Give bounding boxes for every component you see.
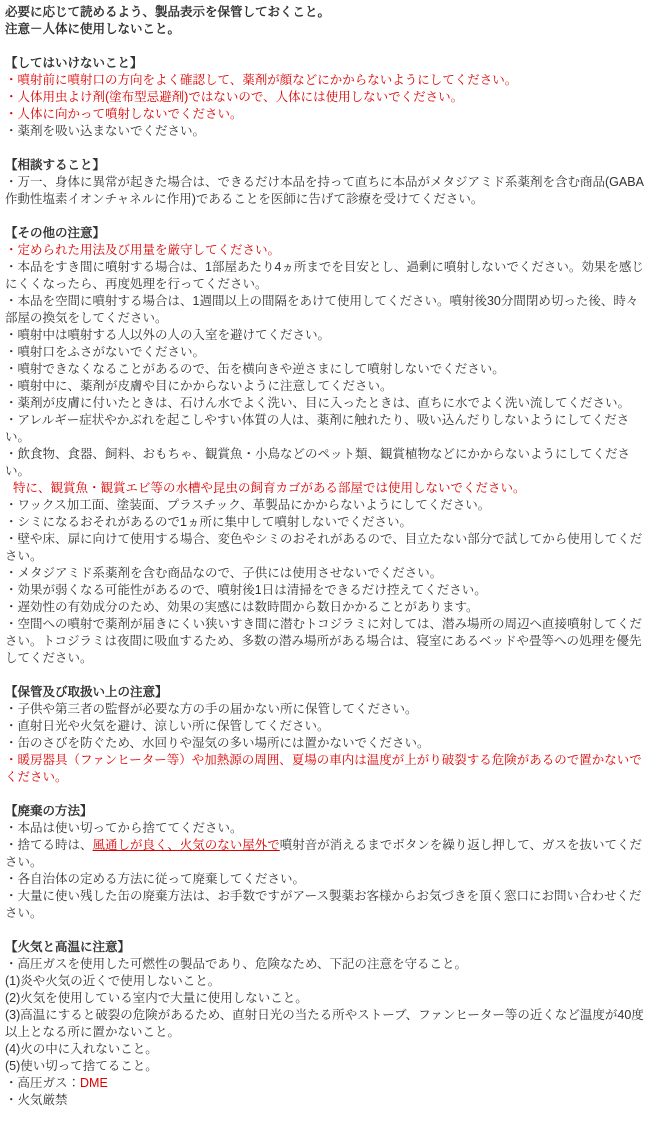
section-title-storage: 【保管及び取扱い上の注意】 bbox=[5, 684, 645, 701]
notice-line: ・高圧ガスを使用した可燃性の製品であり、危険なため、下記の注意を守ること。 bbox=[5, 956, 645, 973]
section-consult: 【相談すること】 ・万一、身体に異常が起きた場合は、できるだけ本品を持って直ちに… bbox=[5, 157, 645, 208]
notice-line: ・缶のさびを防ぐため、水回りや湿気の多い場所には置かないでください。 bbox=[5, 735, 645, 752]
section-other-cautions: 【その他の注意】 ・定められた用法及び用量を厳守してください。 ・本品をすき間に… bbox=[5, 225, 645, 667]
notice-line: ・空間への噴射で薬剤が届きにくい狭いすき間に潜むトコジラミに対しては、潜み場所の… bbox=[5, 616, 645, 667]
notice-line: ・壁や床、扉に向けて使用する場合、変色やシミのおそれがあるので、目立たない部分で… bbox=[5, 531, 645, 565]
notice-line: ・定められた用法及び用量を厳守してください。 bbox=[5, 242, 645, 259]
propellant-value: DME bbox=[80, 1076, 108, 1090]
section-fire-heat: 【火気と高温に注意】 ・高圧ガスを使用した可燃性の製品であり、危険なため、下記の… bbox=[5, 939, 645, 1109]
notice-line-pets-emphasis: 特に、観賞魚・観賞エビ等の水槽や昆虫の飼育カゴがある部屋では使用しないでください… bbox=[5, 480, 645, 497]
section-donts: 【してはいけないこと】 ・噴射前に噴射口の方向をよく確認して、薬剤が顔などにかか… bbox=[5, 55, 645, 140]
notice-line: ・噴射中に、薬剤が皮膚や目にかからないように注意してください。 bbox=[5, 378, 645, 395]
notice-line: ・本品は使い切ってから捨ててください。 bbox=[5, 820, 645, 837]
notice-line: ・人体用虫よけ剤(塗布型忌避剤)ではないので、人体には使用しないでください。 bbox=[5, 89, 645, 106]
notice-line: ・各自治体の定める方法に従って廃棄してください。 bbox=[5, 871, 645, 888]
notice-line: ・シミになるおそれがあるので1ヵ所に集中して噴射しないでください。 bbox=[5, 514, 645, 531]
notice-line: ・子供や第三者の監督が必要な方の手の届かない所に保管してください。 bbox=[5, 701, 645, 718]
notice-line-numbered-2: (2)火気を使用している室内で大量に使用しないこと。 bbox=[5, 990, 645, 1007]
notice-line: ・薬剤が皮膚に付いたときは、石けん水でよく洗い、目に入ったときは、直ちに水でよく… bbox=[5, 395, 645, 412]
propellant-label: ・高圧ガス： bbox=[5, 1076, 80, 1090]
notice-line: ・アレルギー症状やかぶれを起こしやすい体質の人は、薬剤に触れたり、吸い込んだりし… bbox=[5, 412, 645, 446]
notice-line: ・噴射できなくなることがあるので、缶を横向きや逆さまにして噴射しないでください。 bbox=[5, 361, 645, 378]
notice-line-numbered-1: (1)炎や火気の近くで使用しないこと。 bbox=[5, 973, 645, 990]
notice-line: ・ワックス加工面、塗装面、プラスチック、革製品にかからないようにしてください。 bbox=[5, 497, 645, 514]
notice-line: ・万一、身体に異常が起きた場合は、できるだけ本品を持って直ちに本品がメタジアミド… bbox=[5, 174, 645, 208]
notice-line-gas-release: ・捨てる時は、風通しが良く、火気のない屋外で噴射音が消えるまでボタンを繰り返し押… bbox=[5, 837, 645, 871]
section-disposal: 【廃棄の方法】 ・本品は使い切ってから捨ててください。 ・捨てる時は、風通しが良… bbox=[5, 803, 645, 922]
notice-line: ・飲食物、食器、飼料、おもちゃ、観賞魚・小鳥などのペット類、観賞植物などにかから… bbox=[5, 446, 645, 480]
notice-line-propellant: ・高圧ガス：DME bbox=[5, 1075, 645, 1092]
notice-line: ・本品を空間に噴射する場合は、1週間以上の間隔をあけて使用してください。噴射後3… bbox=[5, 293, 645, 327]
notice-line-numbered-4: (4)火の中に入れないこと。 bbox=[5, 1041, 645, 1058]
intro-keep-label-line: 必要に応じて読めるよう、製品表示を保管しておくこと。 bbox=[5, 4, 645, 21]
section-title-donts: 【してはいけないこと】 bbox=[5, 55, 645, 72]
notice-line-heat-warning: ・暖房器具（ファンヒーター等）や加熱源の周囲、夏場の車内は温度が上がり破裂する危… bbox=[5, 752, 645, 786]
notice-line-no-fire: ・火気厳禁 bbox=[5, 1092, 645, 1109]
notice-line: ・薬剤を吸い込まないでください。 bbox=[5, 123, 645, 140]
intro-warning-line: 注意－人体に使用しないこと。 bbox=[5, 21, 645, 38]
notice-line: ・直射日光や火気を避け、涼しい所に保管してください。 bbox=[5, 718, 645, 735]
section-title-other-cautions: 【その他の注意】 bbox=[5, 225, 645, 242]
notice-line: ・噴射前に噴射口の方向をよく確認して、薬剤が顔などにかからないようにしてください… bbox=[5, 72, 645, 89]
notice-line: ・噴射口をふさがないでください。 bbox=[5, 344, 645, 361]
notice-line: ・大量に使い残した缶の廃棄方法は、お手数ですがアース製薬お客様からお気づきを頂く… bbox=[5, 888, 645, 922]
notice-line: ・効果が弱くなる可能性があるので、噴射後1日は清掃をできるだけ控えてください。 bbox=[5, 582, 645, 599]
notice-line: ・遅効性の有効成分のため、効果の実感には数時間から数日かかることがあります。 bbox=[5, 599, 645, 616]
notice-line-numbered-5: (5)使い切って捨てること。 bbox=[5, 1058, 645, 1075]
section-title-disposal: 【廃棄の方法】 bbox=[5, 803, 645, 820]
notice-line: ・人体に向かって噴射しないでください。 bbox=[5, 106, 645, 123]
notice-line: ・本品をすき間に噴射する場合は、1部屋あたり4ヵ所までを目安とし、過剰に噴射しな… bbox=[5, 259, 645, 293]
product-caution-document: 必要に応じて読めるよう、製品表示を保管しておくこと。 注意－人体に使用しないこと… bbox=[0, 0, 650, 1129]
section-storage: 【保管及び取扱い上の注意】 ・子供や第三者の監督が必要な方の手の届かない所に保管… bbox=[5, 684, 645, 786]
gas-release-prefix: ・捨てる時は、 bbox=[5, 838, 93, 852]
section-title-consult: 【相談すること】 bbox=[5, 157, 645, 174]
gas-release-highlight: 風通しが良く、火気のない屋外で bbox=[93, 838, 280, 852]
section-title-fire-heat: 【火気と高温に注意】 bbox=[5, 939, 645, 956]
notice-line: ・メタジアミド系薬剤を含む商品なので、子供には使用させないでください。 bbox=[5, 565, 645, 582]
notice-line-numbered-3: (3)高温にすると破裂の危険があるため、直射日光の当たる所やストーブ、ファンヒー… bbox=[5, 1007, 645, 1041]
notice-line: ・噴射中は噴射する人以外の人の入室を避けてください。 bbox=[5, 327, 645, 344]
